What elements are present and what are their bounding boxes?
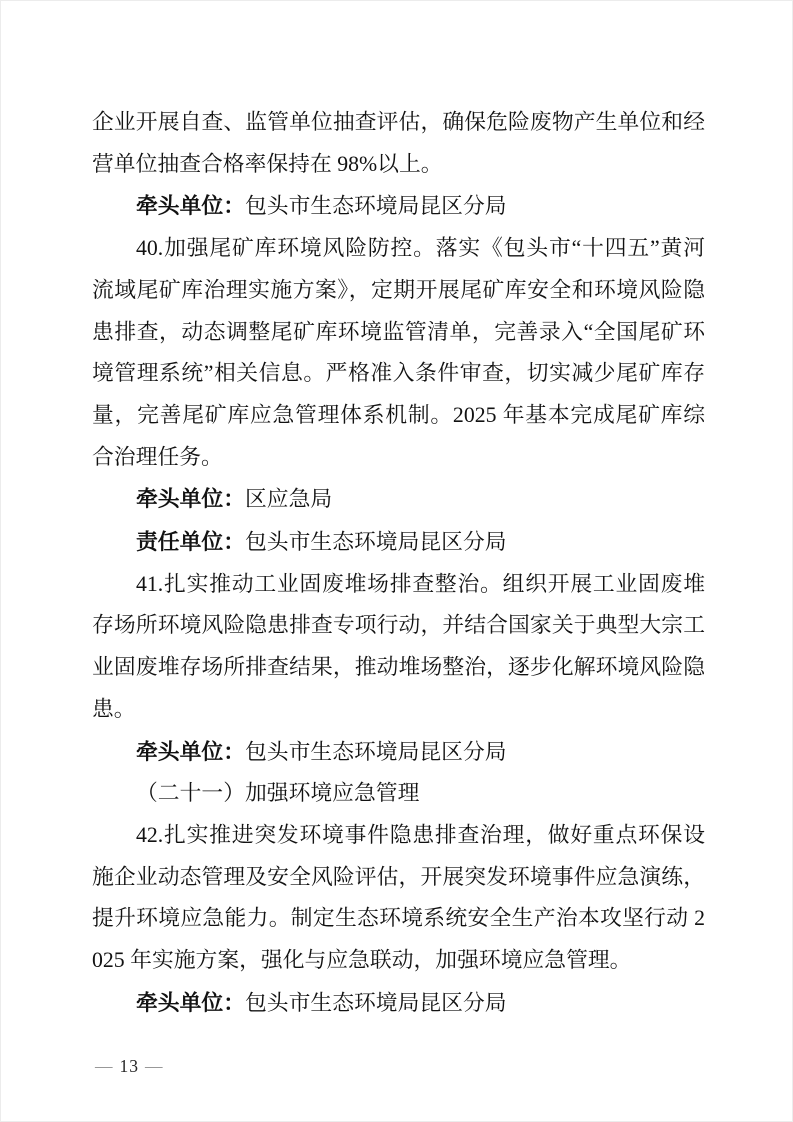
lead-unit-label: 牵头单位：: [136, 486, 245, 511]
numbered-paragraph-40: 40.加强尾矿库环境风险防控。落实《包头市“十四五”黄河流域尾矿库治理实施方案》…: [92, 228, 705, 478]
section-heading-21: （二十一）加强环境应急管理: [92, 773, 705, 815]
document-body: 企业开展自查、监管单位抽查评估，确保危险废物产生单位和经营单位抽查合格率保持在 …: [92, 102, 705, 1024]
page-number-dash-left: —: [95, 1056, 114, 1076]
page-number-dash-right: —: [145, 1056, 164, 1076]
responsible-unit-value: 包头市生态环境局昆区分局: [245, 530, 507, 554]
lead-unit-value: 包头市生态环境局昆区分局: [245, 194, 507, 218]
lead-unit-line: 牵头单位：区应急局: [92, 478, 705, 521]
lead-unit-line: 牵头单位：包头市生态环境局昆区分局: [92, 982, 705, 1025]
lead-unit-label: 牵头单位：: [136, 739, 245, 764]
lead-unit-line: 牵头单位：包头市生态环境局昆区分局: [92, 185, 705, 228]
lead-unit-line: 牵头单位：包头市生态环境局昆区分局: [92, 731, 705, 774]
responsible-unit-label: 责任单位：: [136, 529, 245, 554]
body-paragraph-continuation: 企业开展自查、监管单位抽查评估，确保危险废物产生单位和经营单位抽查合格率保持在 …: [92, 102, 705, 185]
lead-unit-value: 区应急局: [245, 487, 332, 511]
page-number: 13: [114, 1056, 146, 1076]
page-number-footer: —13—: [95, 1056, 164, 1077]
responsible-unit-line: 责任单位：包头市生态环境局昆区分局: [92, 521, 705, 564]
lead-unit-value: 包头市生态环境局昆区分局: [245, 991, 507, 1015]
numbered-paragraph-41: 41.扎实推动工业固废堆场排查整治。组织开展工业固废堆存场所环境风险隐患排查专项…: [92, 564, 705, 731]
lead-unit-label: 牵头单位：: [136, 193, 245, 218]
document-page: 企业开展自查、监管单位抽查评估，确保危险废物产生单位和经营单位抽查合格率保持在 …: [0, 0, 793, 1122]
lead-unit-value: 包头市生态环境局昆区分局: [245, 740, 507, 764]
numbered-paragraph-42: 42.扎实推进突发环境事件隐患排查治理，做好重点环保设施企业动态管理及安全风险评…: [92, 815, 705, 982]
lead-unit-label: 牵头单位：: [136, 990, 245, 1015]
